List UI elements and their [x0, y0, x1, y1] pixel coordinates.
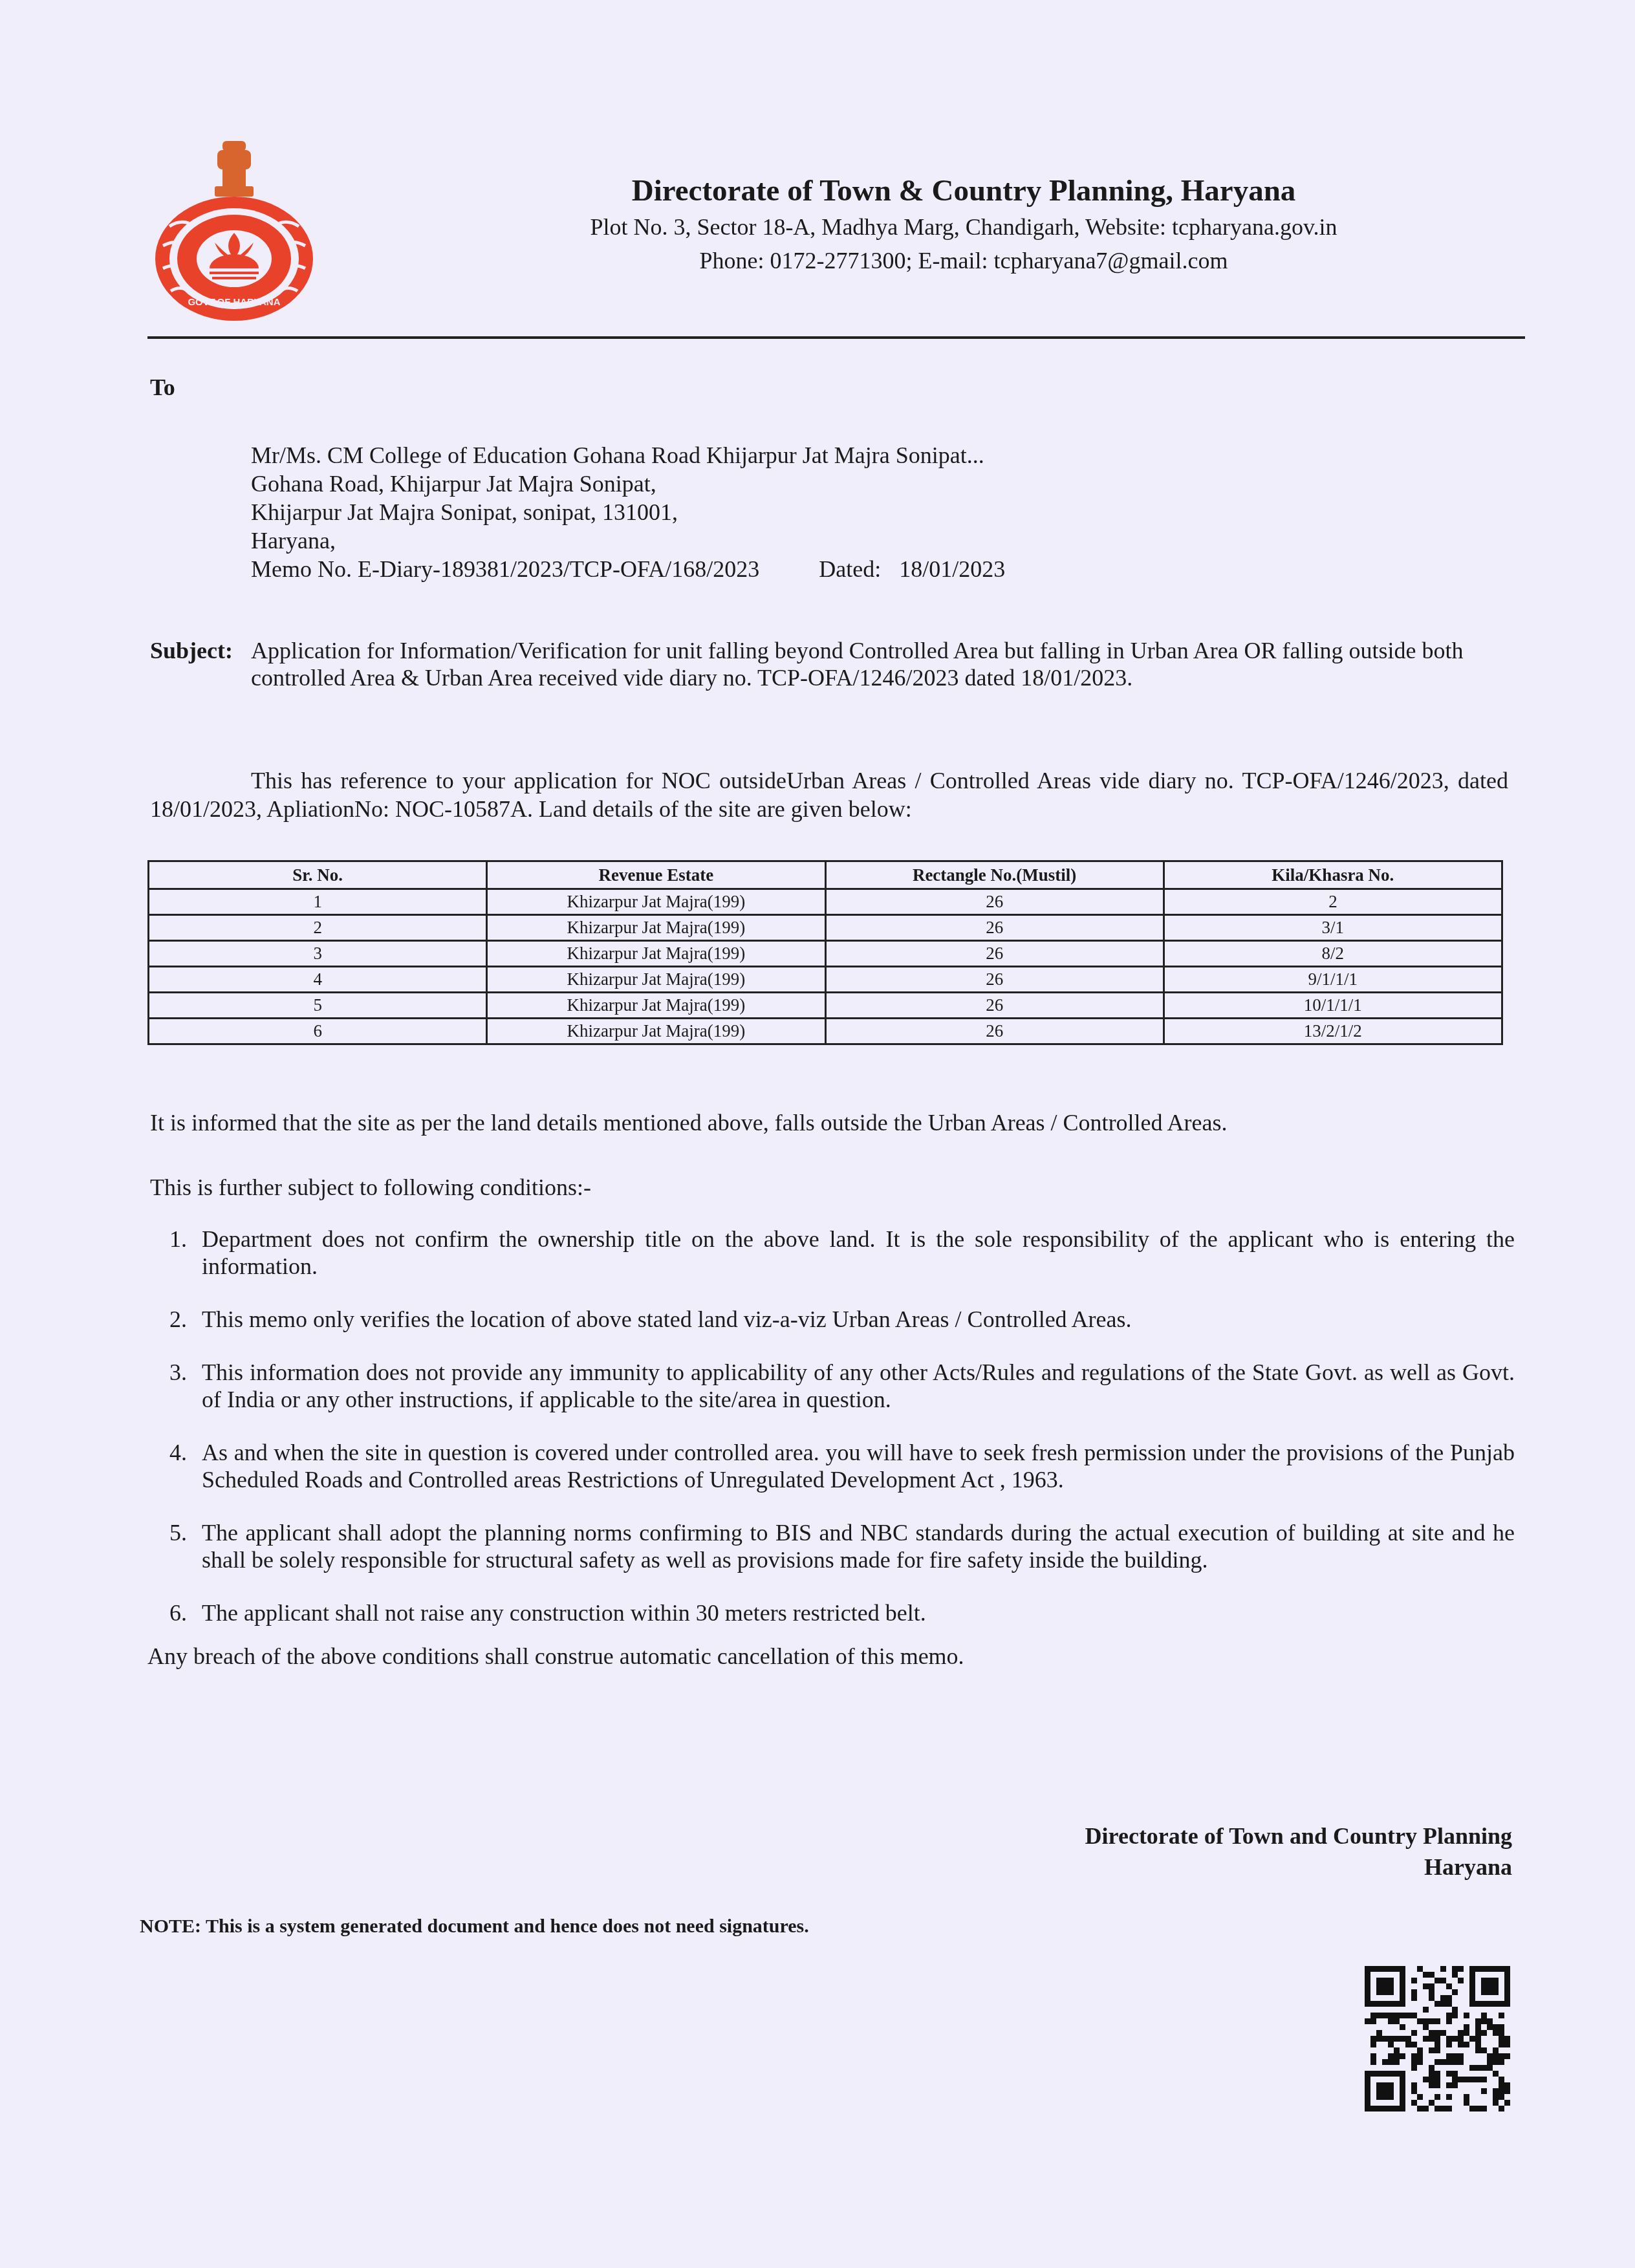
table-header-row: Sr. No. Revenue Estate Rectangle No.(Mus… — [149, 861, 1502, 889]
condition-item: 2.This memo only verifies the location o… — [150, 1306, 1515, 1333]
condition-number: 1. — [169, 1226, 187, 1253]
system-generated-note: NOTE: This is a system generated documen… — [140, 1916, 809, 1938]
table-cell: 2 — [149, 915, 487, 941]
column-header: Sr. No. — [149, 861, 487, 889]
table-cell: 13/2/1/2 — [1164, 1019, 1502, 1044]
table-cell: Khizarpur Jat Majra(199) — [487, 889, 825, 915]
table-cell: 26 — [825, 915, 1164, 941]
table-cell: Khizarpur Jat Majra(199) — [487, 1019, 825, 1044]
govt-of-haryana-emblem-icon: GOVT.OF HARYANA — [150, 136, 318, 323]
column-header: Revenue Estate — [487, 861, 825, 889]
table-row: 6Khizarpur Jat Majra(199)2613/2/1/2 — [149, 1019, 1502, 1044]
memo-page: GOVT.OF HARYANA Directorate of Town & Co… — [0, 0, 1635, 2268]
signature-line: Directorate of Town and Country Planning — [1085, 1820, 1512, 1852]
condition-text: The applicant shall adopt the planning n… — [202, 1520, 1515, 1573]
signature-line: Haryana — [1085, 1852, 1512, 1883]
table-cell: 3 — [149, 941, 487, 967]
table-row: 1Khizarpur Jat Majra(199)262 — [149, 889, 1502, 915]
organization-address: Plot No. 3, Sector 18-A, Madhya Marg, Ch… — [414, 210, 1513, 244]
table-row: 4Khizarpur Jat Majra(199)269/1/1/1 — [149, 967, 1502, 993]
to-label: To — [150, 374, 175, 401]
table-cell: 26 — [825, 1019, 1164, 1044]
table-cell: Khizarpur Jat Majra(199) — [487, 941, 825, 967]
table-cell: 26 — [825, 941, 1164, 967]
address-line: Mr/Ms. CM College of Education Gohana Ro… — [251, 441, 1005, 470]
table-cell: Khizarpur Jat Majra(199) — [487, 993, 825, 1019]
condition-number: 4. — [169, 1439, 187, 1466]
conditions-intro: This is further subject to following con… — [150, 1174, 591, 1201]
table-cell: 9/1/1/1 — [1164, 967, 1502, 993]
condition-item: 5.The applicant shall adopt the planning… — [150, 1519, 1515, 1573]
reference-paragraph: This has reference to your application f… — [150, 766, 1508, 823]
condition-number: 2. — [169, 1306, 187, 1333]
site-status-statement: It is informed that the site as per the … — [150, 1109, 1228, 1136]
table-cell: Khizarpur Jat Majra(199) — [487, 915, 825, 941]
land-details-table: Sr. No. Revenue Estate Rectangle No.(Mus… — [147, 860, 1503, 1045]
header-divider — [147, 336, 1525, 339]
organization-contact: Phone: 0172-2771300; E-mail: tcpharyana7… — [414, 244, 1513, 277]
table-cell: 8/2 — [1164, 941, 1502, 967]
condition-text: This memo only verifies the location of … — [202, 1306, 1132, 1332]
memo-number: Memo No. E-Diary-189381/2023/TCP-OFA/168… — [251, 555, 759, 583]
table-cell: 6 — [149, 1019, 487, 1044]
table-cell: 26 — [825, 967, 1164, 993]
condition-text: The applicant shall not raise any constr… — [202, 1600, 926, 1626]
address-line: Khijarpur Jat Majra Sonipat, sonipat, 13… — [251, 498, 1005, 526]
condition-item: 3.This information does not provide any … — [150, 1359, 1515, 1413]
dated-value: 18/01/2023 — [899, 555, 1005, 583]
table-cell: 1 — [149, 889, 487, 915]
table-cell: 26 — [825, 889, 1164, 915]
conditions-list: 1.Department does not confirm the owners… — [150, 1226, 1515, 1652]
table-row: 5Khizarpur Jat Majra(199)2610/1/1/1 — [149, 993, 1502, 1019]
table-cell: 5 — [149, 993, 487, 1019]
condition-number: 6. — [169, 1599, 187, 1626]
qr-code-icon — [1365, 1966, 1510, 2111]
table-cell: 10/1/1/1 — [1164, 993, 1502, 1019]
subject-label: Subject: — [150, 637, 233, 664]
condition-text: As and when the site in question is cove… — [202, 1440, 1515, 1493]
letterhead: Directorate of Town & Country Planning, … — [414, 171, 1513, 277]
condition-number: 3. — [169, 1359, 187, 1386]
table-cell: 2 — [1164, 889, 1502, 915]
table-cell: 4 — [149, 967, 487, 993]
table-cell: 26 — [825, 993, 1164, 1019]
column-header: Kila/Khasra No. — [1164, 861, 1502, 889]
condition-text: This information does not provide any im… — [202, 1359, 1515, 1412]
organization-title: Directorate of Town & Country Planning, … — [414, 171, 1513, 210]
column-header: Rectangle No.(Mustil) — [825, 861, 1164, 889]
breach-statement: Any breach of the above conditions shall… — [147, 1643, 964, 1670]
condition-text: Department does not confirm the ownershi… — [202, 1226, 1515, 1279]
address-line: Haryana, — [251, 526, 1005, 555]
table-row: 2Khizarpur Jat Majra(199)263/1 — [149, 915, 1502, 941]
subject-text: Application for Information/Verification… — [251, 637, 1512, 691]
table-row: 3Khizarpur Jat Majra(199)268/2 — [149, 941, 1502, 967]
dated-label: Dated: — [819, 555, 881, 583]
condition-item: 6.The applicant shall not raise any cons… — [150, 1599, 1515, 1626]
condition-item: 4.As and when the site in question is co… — [150, 1439, 1515, 1493]
svg-text:GOVT.OF HARYANA: GOVT.OF HARYANA — [188, 297, 280, 308]
signature-block: Directorate of Town and Country Planning… — [1085, 1820, 1512, 1883]
table-cell: Khizarpur Jat Majra(199) — [487, 967, 825, 993]
memo-row: Memo No. E-Diary-189381/2023/TCP-OFA/168… — [251, 555, 1005, 583]
table-cell: 3/1 — [1164, 915, 1502, 941]
recipient-address: Mr/Ms. CM College of Education Gohana Ro… — [251, 441, 1005, 583]
condition-number: 5. — [169, 1519, 187, 1546]
condition-item: 1.Department does not confirm the owners… — [150, 1226, 1515, 1280]
address-line: Gohana Road, Khijarpur Jat Majra Sonipat… — [251, 470, 1005, 498]
